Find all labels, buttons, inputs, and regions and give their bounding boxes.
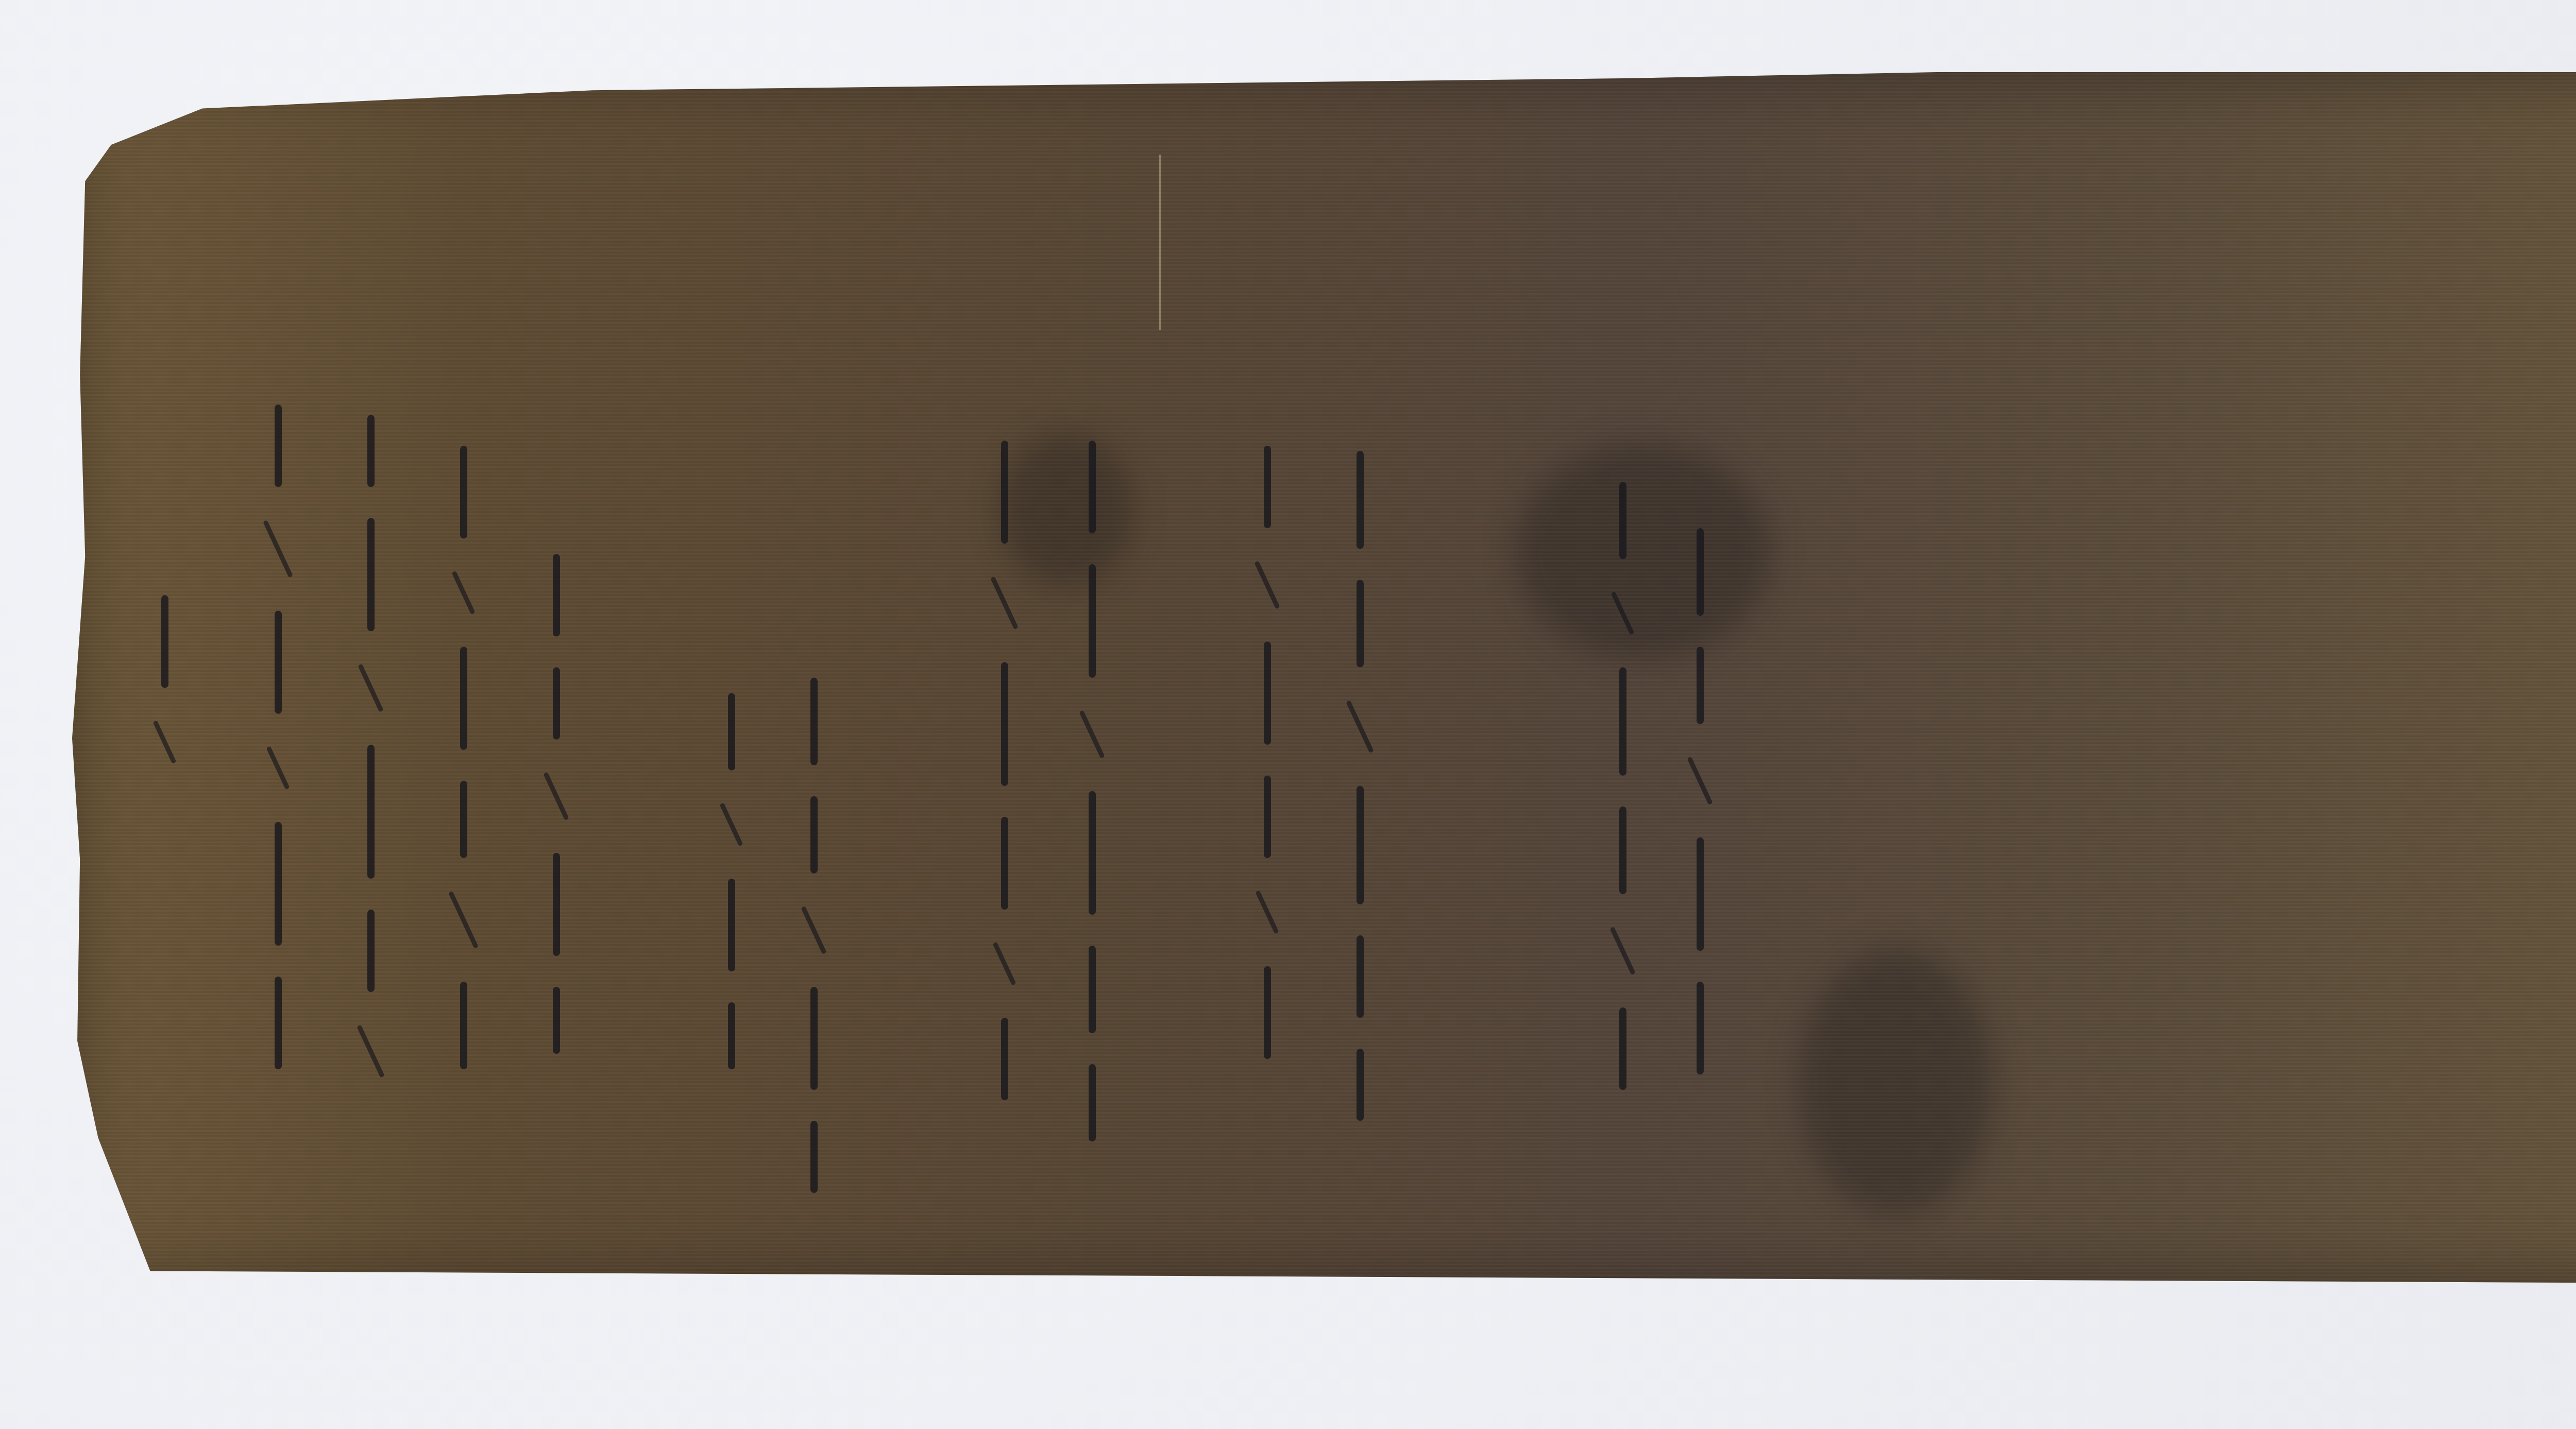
ink-smudge xyxy=(1515,443,1772,660)
paper-fold xyxy=(1159,155,1161,330)
manuscript-line: [illegible line 8] xyxy=(1079,441,1105,1214)
manuscript-line: [illegible line 2] xyxy=(358,415,384,1214)
manuscript-page xyxy=(72,72,2576,1283)
manuscript-line: [illegible line 11] xyxy=(1610,482,1636,1178)
ink-smudge xyxy=(1798,948,1994,1216)
manuscript-line: [illegible line 6] xyxy=(801,678,827,1193)
manuscript-heading: [illegible heading] xyxy=(152,595,178,801)
manuscript-line: [illegible line 9] xyxy=(1255,446,1280,1136)
manuscript-line: [illegible line 3] xyxy=(451,446,477,1141)
ink-smudge xyxy=(999,433,1133,587)
manuscript-line: [illegible line 4] xyxy=(544,554,569,1121)
manuscript-line: [illegible line 12] xyxy=(1687,528,1713,1198)
manuscript-line: [illegible line 1] xyxy=(265,405,291,1178)
manuscript-line: [illegible line 5] xyxy=(719,693,744,1157)
manuscript-line: [illegible line 10] xyxy=(1347,451,1373,1198)
manuscript-line: [illegible line 7] xyxy=(992,441,1018,1136)
